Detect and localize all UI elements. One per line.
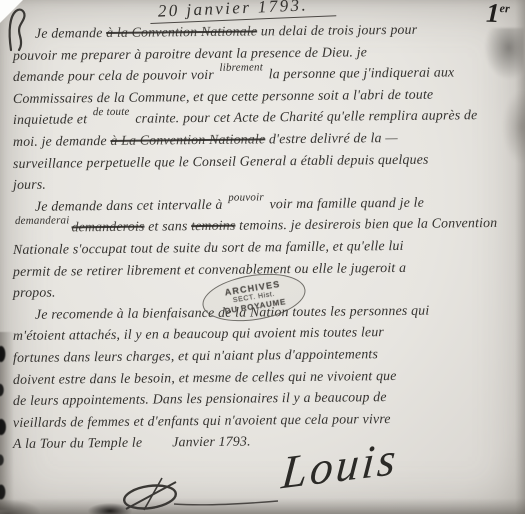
struck-text: demanderois [71, 219, 144, 235]
torn-edge-left [0, 332, 14, 510]
text-segment: inquietude et [13, 112, 91, 128]
text-segment: d'estre delivré de la — [265, 130, 398, 146]
text-segment: Commissaires de la Commune, et que cette… [13, 86, 433, 105]
text-segment: crainte. pour cet Acte de Charité qu'ell… [132, 108, 478, 127]
manuscript-lines: Je demande à la Convention Nationale un … [13, 23, 519, 455]
text-segment: Je demande [35, 25, 106, 41]
text-segment: doivent estre dans le besoin, et mesme d… [13, 367, 397, 386]
text-segment: de leurs appointements. Dans les pension… [13, 389, 387, 408]
text-segment: la personne que j'indiquerai aux [265, 65, 454, 82]
manuscript-page: 20 janvier 1793. 1er Je demande à la Con… [0, 0, 525, 514]
folio-ordinal-suffix: er [499, 1, 509, 15]
struck-text: à La Convention Nationale [110, 131, 265, 148]
struck-text: temoins [191, 218, 235, 233]
signature-paraph-icon [92, 476, 282, 514]
text-segment: moi. je demande [13, 133, 111, 149]
text-segment: A la Tour du Temple le [13, 435, 142, 451]
inserted-text: pouvoir [228, 187, 264, 209]
struck-text: à la Convention Nationale [106, 23, 257, 40]
text-segment: demande pour cela de pouvoir voir [13, 67, 218, 84]
text-segment: Nationale s'occupat tout de suite du sor… [13, 238, 404, 257]
inserted-text: demanderai [15, 211, 70, 233]
text-segment: temoins. je desirerois bien que la Conve… [235, 215, 497, 233]
text-segment: surveillance perpetuelle que le Conseil … [13, 151, 429, 170]
text-segment: pouvoir me preparer à paroitre devant la… [13, 44, 367, 63]
stain-bottom-left [0, 500, 40, 514]
text-segment: voir ma famille quand je le [266, 194, 424, 211]
text-segment: fortunes dans leurs charges, et qui n'ai… [13, 346, 378, 365]
text-segment: un delai de trois jours pour [257, 22, 417, 39]
inserted-text: de toute [93, 102, 130, 124]
text-segment: et sans [144, 218, 191, 233]
text-segment: propos. [13, 285, 56, 300]
inserted-text: librement [219, 58, 263, 80]
text-segment: Janvier 1793. [172, 434, 251, 450]
text-segment: jours. [13, 177, 46, 192]
text-segment: vieillards de femmes et d'enfants qui n'… [13, 411, 391, 430]
text-segment: permit de se retirer librement et conven… [13, 259, 406, 278]
text-segment: m'étoient attachés, il y en a beaucoup q… [13, 324, 384, 343]
manuscript-line: A la Tour du Temple leJanvier 1793. [13, 428, 519, 455]
signature: Louis [280, 435, 400, 496]
